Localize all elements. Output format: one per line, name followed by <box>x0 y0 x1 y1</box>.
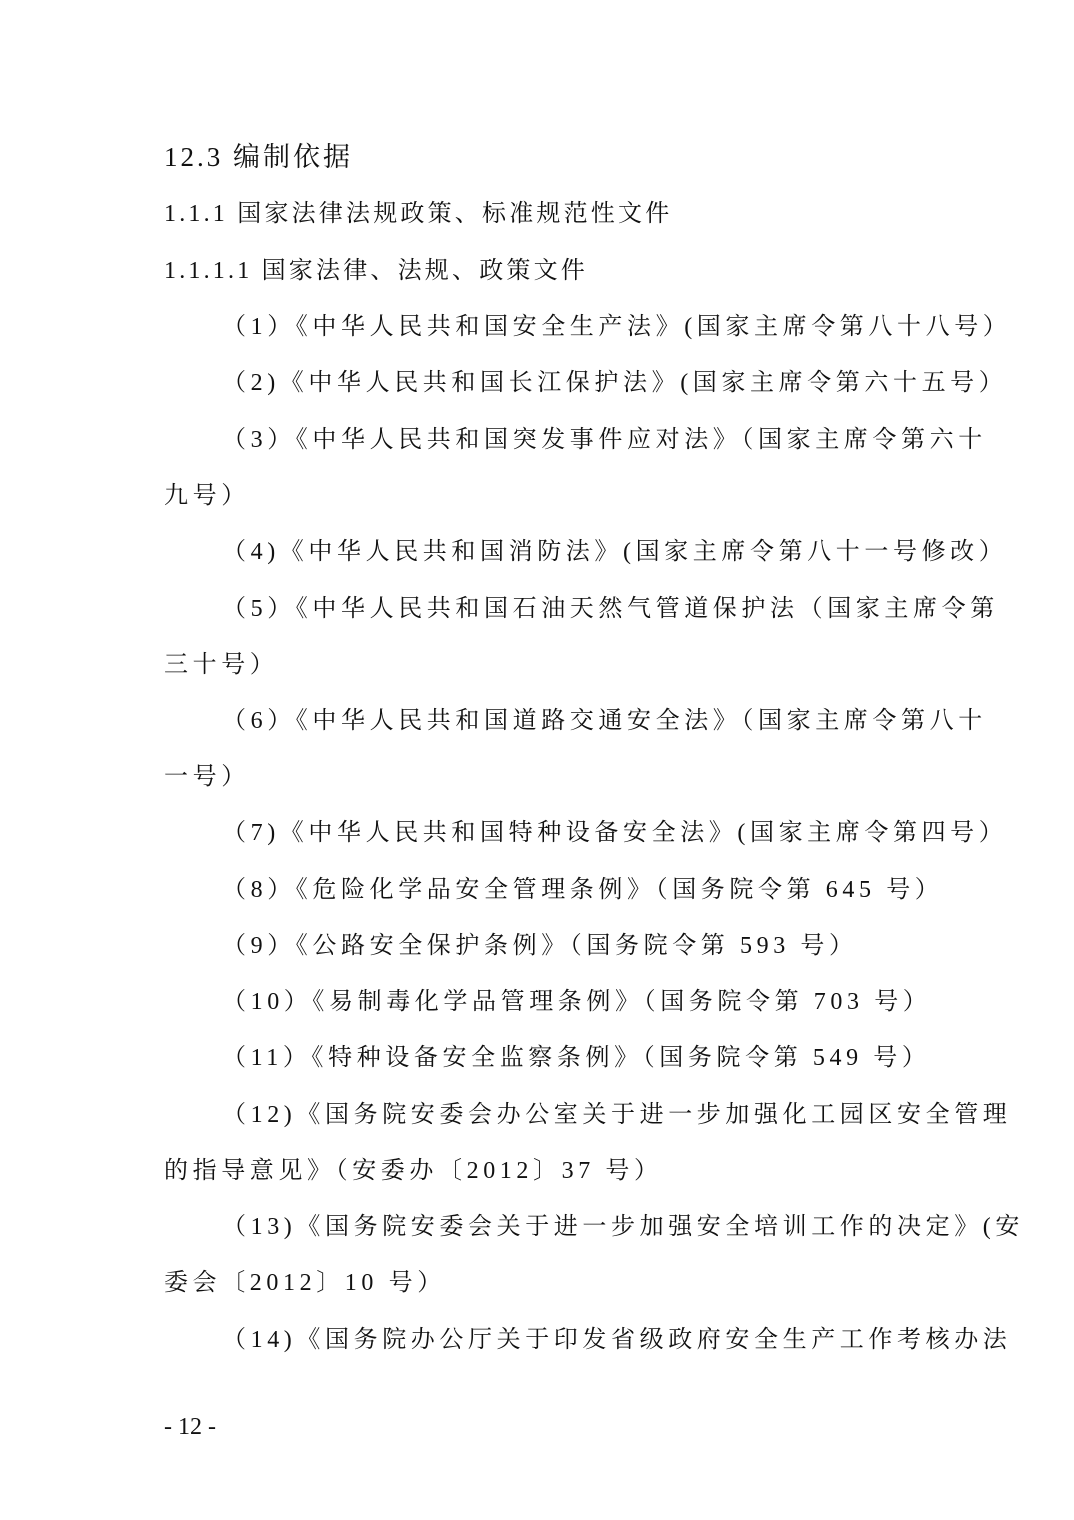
list-item: （5）《中华人民共和国石油天然气管道保护法（国家主席令第 <box>222 594 999 624</box>
list-item: （12)《国务院安委会办公室关于进一步加强化工园区安全管理 <box>222 1100 1011 1130</box>
list-item: （8）《危险化学品安全管理条例》（国务院令第 645 号） <box>222 875 943 905</box>
list-item: （2)《中华人民共和国长江保护法》(国家主席令第六十五号） <box>222 368 1007 398</box>
subsection-heading: 1.1.1 国家法律法规政策、标准规范性文件 <box>164 199 672 229</box>
list-item: （3）《中华人民共和国突发事件应对法》（国家主席令第六十 <box>222 425 987 455</box>
list-item-continuation: 的指导意见》（安委办〔2012〕37 号） <box>164 1156 663 1186</box>
list-item: （11）《特种设备安全监察条例》（国务院令第 549 号） <box>222 1043 931 1073</box>
list-item: （4)《中华人民共和国消防法》(国家主席令第八十一号修改） <box>222 537 1007 567</box>
list-item: （10）《易制毒化学品管理条例》（国务院令第 703 号） <box>222 987 931 1017</box>
list-item: （14)《国务院办公厅关于印发省级政府安全生产工作考核办法 <box>222 1325 1011 1355</box>
list-item: （6）《中华人民共和国道路交通安全法》（国家主席令第八十 <box>222 706 987 736</box>
list-item-continuation: 委会〔2012〕10 号） <box>164 1268 446 1298</box>
list-item: （9）《公路安全保护条例》（国务院令第 593 号） <box>222 931 858 961</box>
list-item-continuation: 三十号） <box>164 650 278 680</box>
page-number: - 12 - <box>164 1412 216 1442</box>
list-item-continuation: 九号） <box>164 481 250 511</box>
subsubsection-heading: 1.1.1.1 国家法律、法规、政策文件 <box>164 256 588 286</box>
document-page: 12.3 编制依据 1.1.1 国家法律法规政策、标准规范性文件 1.1.1.1… <box>0 0 1074 1520</box>
list-item: （13)《国务院安委会关于进一步加强安全培训工作的决定》(安 <box>222 1212 1024 1242</box>
list-item: （1）《中华人民共和国安全生产法》(国家主席令第八十八号） <box>222 312 1011 342</box>
section-heading: 12.3 编制依据 <box>164 142 353 172</box>
list-item-continuation: 一号） <box>164 762 250 792</box>
list-item: （7)《中华人民共和国特种设备安全法》(国家主席令第四号） <box>222 818 1007 848</box>
